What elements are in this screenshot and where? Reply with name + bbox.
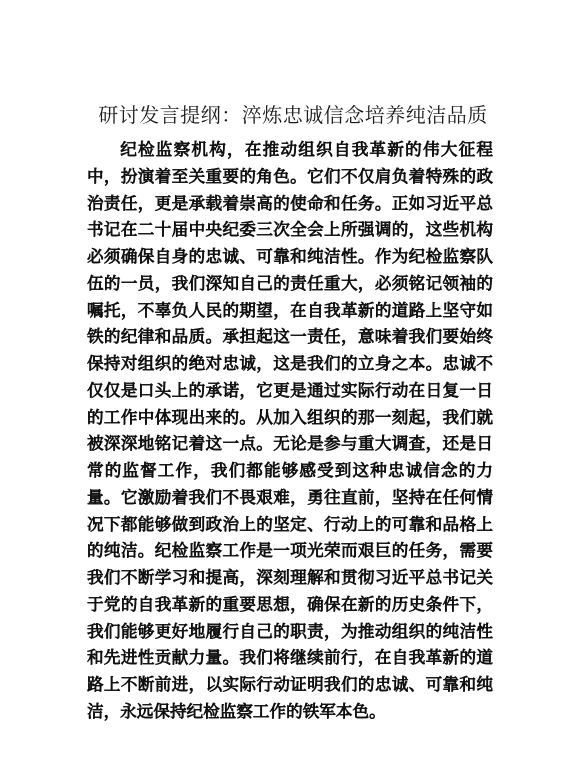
body-paragraph: 纪检监察机构，在推动组织自我革新的伟大征程中，扮演着至关重要的角色。它们不仅肩负…: [87, 137, 493, 726]
document-title: 研讨发言提纲：淬炼忠诚信念培养纯洁品质: [0, 101, 586, 129]
document-page: 研讨发言提纲：淬炼忠诚信念培养纯洁品质 纪检监察机构，在推动组织自我革新的伟大征…: [0, 0, 586, 759]
